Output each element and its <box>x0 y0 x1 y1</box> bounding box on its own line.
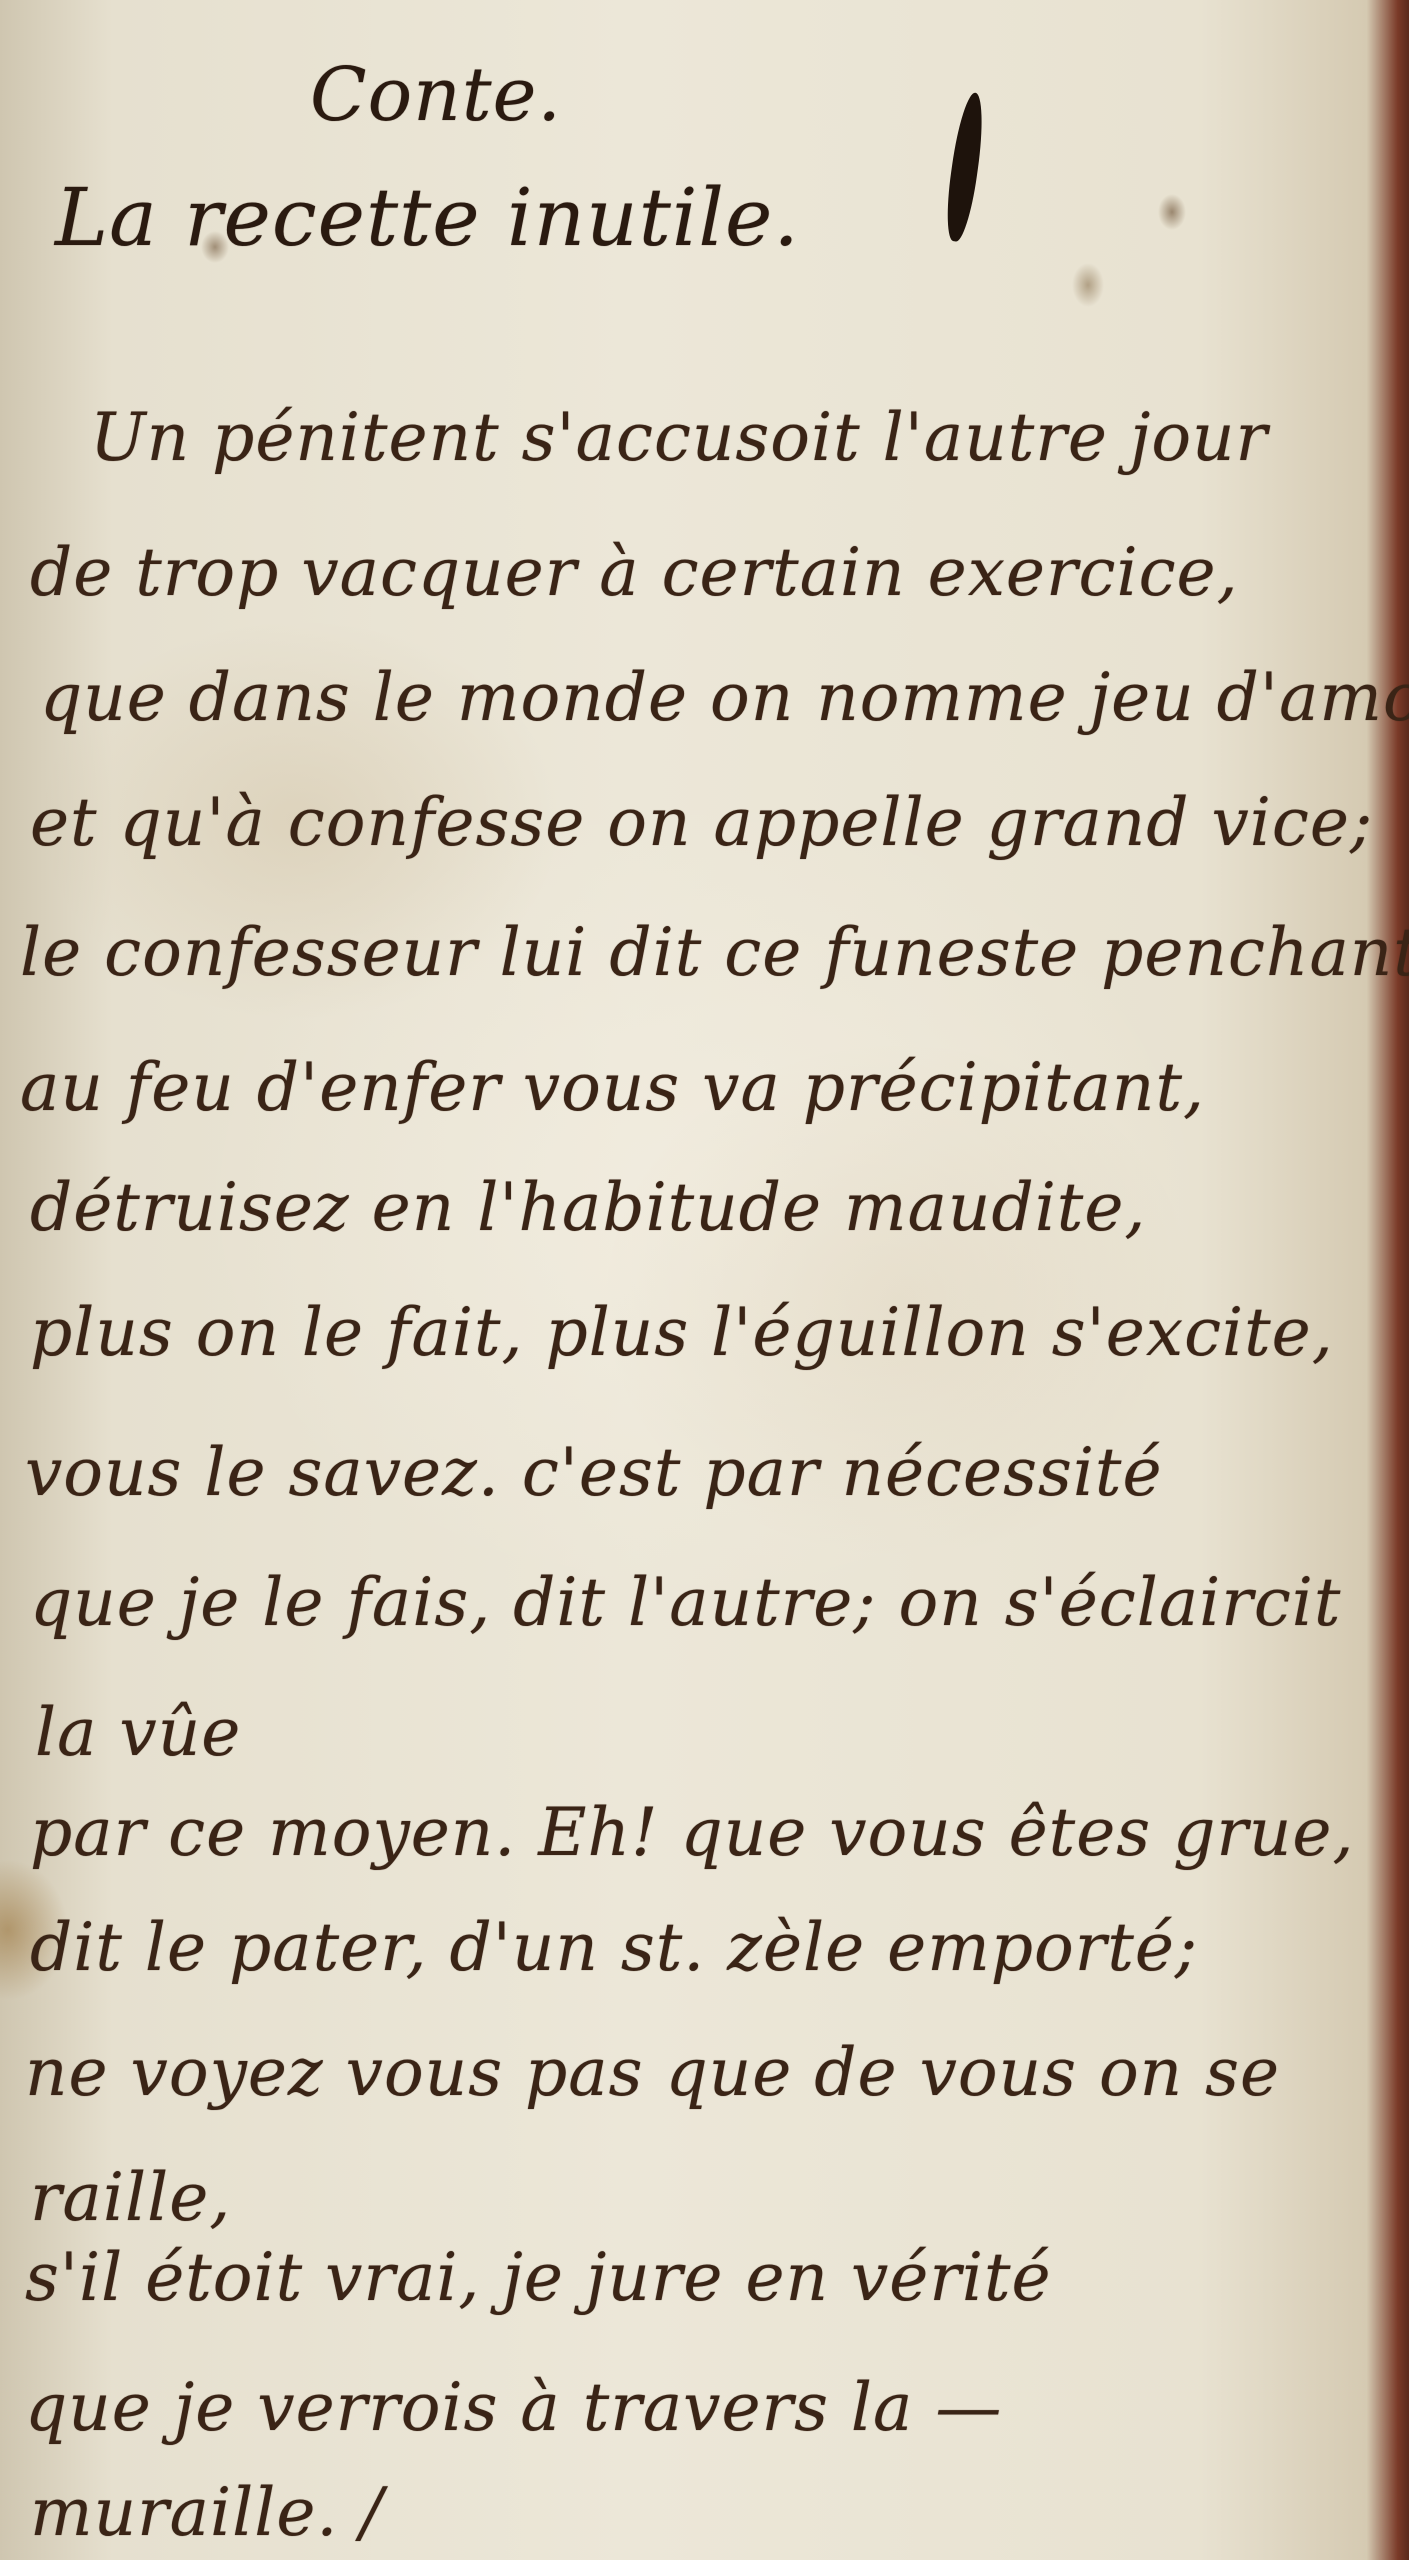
manuscript-line: Un pénitent s'accusoit l'autre jour <box>90 405 1268 471</box>
heading-conte: Conte. <box>310 58 562 132</box>
manuscript-line: de trop vacquer à certain exercice, <box>30 540 1239 606</box>
manuscript-line: muraille. / <box>30 2480 384 2546</box>
manuscript-line: vous le savez. c'est par nécessité <box>25 1440 1163 1506</box>
manuscript-line: que dans le monde on nomme jeu d'amour <box>40 665 1409 731</box>
manuscript-line: et qu'à confesse on appelle grand vice; <box>30 790 1373 856</box>
manuscript-line: s'il étoit vrai, je jure en vérité <box>25 2245 1052 2311</box>
manuscript-line: ne voyez vous pas que de vous on se <box>25 2040 1280 2106</box>
manuscript-line: plus on le fait, plus l'éguillon s'excit… <box>30 1300 1334 1366</box>
manuscript-line: détruisez en l'habitude maudite, <box>30 1175 1146 1241</box>
manuscript-page: Conte. La recette inutile. Un pénitent s… <box>0 0 1409 2560</box>
manuscript-line: que je le fais, dit l'autre; on s'éclair… <box>30 1570 1341 1636</box>
manuscript-line: au feu d'enfer vous va précipitant, <box>20 1055 1205 1121</box>
manuscript-line: par ce moyen. Eh! que vous êtes grue, <box>30 1800 1354 1866</box>
manuscript-line: dit le pater, d'un st. zèle emporté; <box>30 1915 1198 1981</box>
manuscript-line: la vûe <box>35 1700 241 1766</box>
title-la-recette-inutile: La recette inutile. <box>55 178 800 258</box>
manuscript-line: le confesseur lui dit ce funeste penchan… <box>20 920 1409 986</box>
ink-stroke-decoration <box>942 91 989 243</box>
manuscript-line: raille, <box>30 2165 231 2231</box>
manuscript-line: que je verrois à travers la — <box>25 2375 1002 2441</box>
